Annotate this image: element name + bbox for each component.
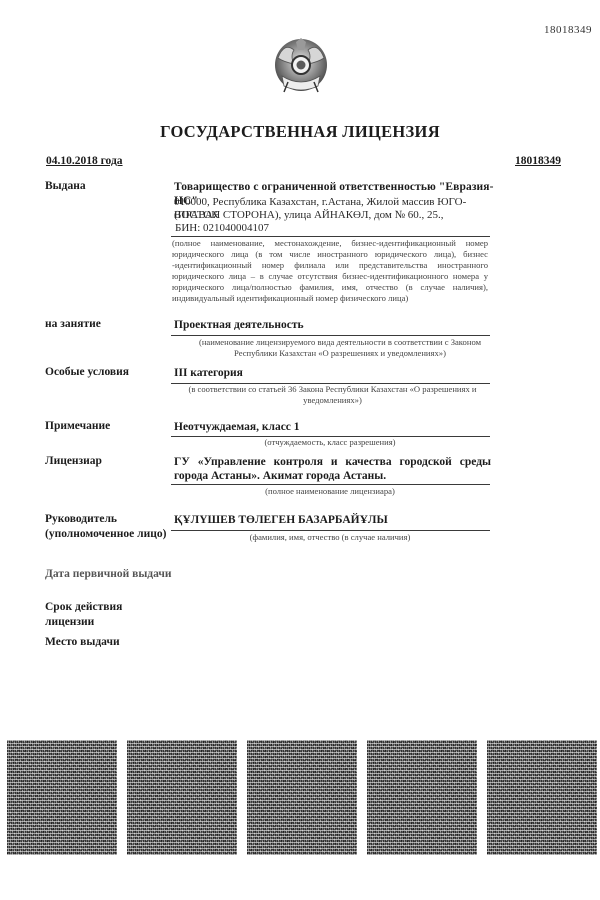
remark-value: Неотчуждаемая, класс 1 bbox=[174, 420, 491, 434]
license-number: 18018349 bbox=[515, 155, 561, 167]
head-label-line2: (уполномоченное лицо) bbox=[45, 526, 166, 542]
divider bbox=[171, 530, 490, 531]
divider bbox=[171, 335, 490, 336]
first-issue-date-label: Дата первичной выдачи bbox=[45, 566, 172, 582]
bin-number: БИН: 021040004107 bbox=[175, 222, 485, 235]
special-conditions-label: Особые условия bbox=[45, 364, 129, 380]
head-label-line1: Руководитель bbox=[45, 511, 117, 527]
activity-note: (наименование лицензируемого вида деятел… bbox=[195, 337, 485, 359]
special-conditions-value: III категория bbox=[174, 366, 491, 380]
kazakhstan-state-emblem-icon bbox=[270, 36, 332, 98]
top-document-number: 18018349 bbox=[544, 24, 592, 36]
qr-code-icon bbox=[367, 740, 477, 855]
validity-label-line2: лицензии bbox=[45, 614, 94, 630]
document-title: ГОСУДАРСТВЕННАЯ ЛИЦЕНЗИЯ bbox=[0, 122, 600, 142]
qr-code-icon bbox=[487, 740, 597, 855]
qr-code-icon bbox=[247, 740, 357, 855]
licensor-value: ГУ «Управление контроля и качества город… bbox=[174, 455, 491, 483]
special-conditions-note: (в соответствии со статьей 36 Закона Рес… bbox=[180, 384, 485, 406]
remark-label: Примечание bbox=[45, 418, 110, 434]
issued-to-label: Выдана bbox=[45, 178, 86, 194]
divider bbox=[171, 236, 490, 237]
qr-code-row bbox=[7, 740, 597, 855]
remark-note: (отчуждаемость, класс разрешения) bbox=[172, 437, 488, 448]
activity-value: Проектная деятельность bbox=[174, 318, 491, 332]
qr-code-icon bbox=[127, 740, 237, 855]
issue-date: 04.10.2018 года bbox=[46, 155, 123, 167]
address-line-2: (ПРАВАЯ СТОРОНА), улица АЙНАКӨЛ, дом № 6… bbox=[174, 209, 484, 222]
head-note: (фамилия, имя, отчество (в случае наличи… bbox=[172, 532, 488, 543]
licensor-label: Лицензиар bbox=[45, 453, 102, 469]
qr-code-icon bbox=[7, 740, 117, 855]
head-value: ҚҰЛҮШЕВ ТӨЛЕГЕН БАЗАРБАЙҰЛЫ bbox=[174, 513, 491, 527]
divider bbox=[171, 484, 490, 485]
licensor-note: (полное наименование лицензиара) bbox=[172, 486, 488, 497]
validity-label-line1: Срок действия bbox=[45, 599, 122, 615]
activity-label: на занятие bbox=[45, 316, 101, 332]
place-of-issue-label: Место выдачи bbox=[45, 634, 120, 650]
issued-to-note: (полное наименование, местонахождение, б… bbox=[172, 238, 488, 304]
